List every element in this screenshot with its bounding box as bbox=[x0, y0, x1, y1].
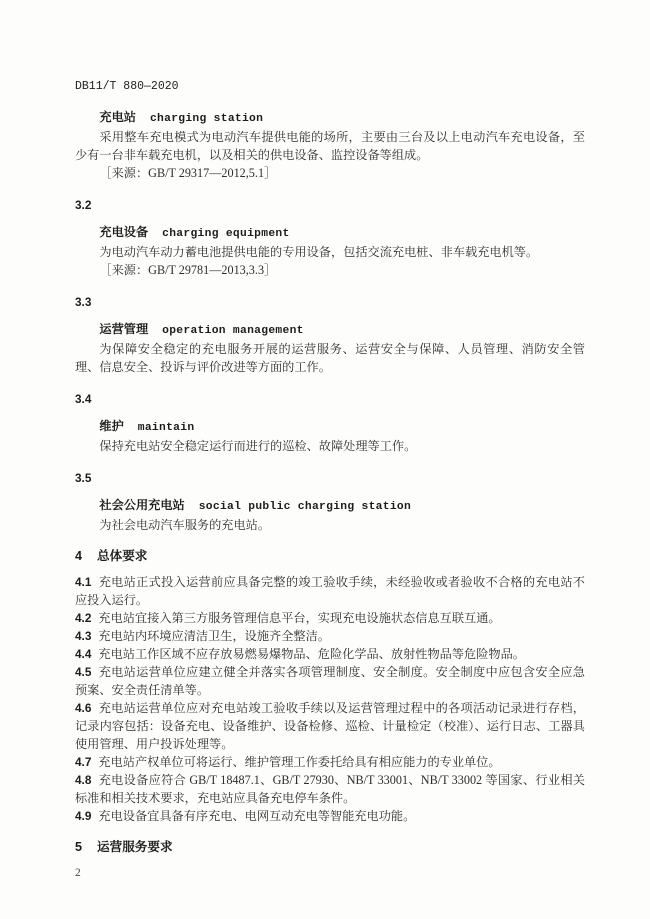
term-definition: 为社会电动汽车服务的充电站。 bbox=[75, 516, 585, 534]
clause-4-9: 4.9充电设备宜具备有序充电、电网互动充电等智能充电功能。 bbox=[75, 807, 585, 825]
section-title: 总体要求 bbox=[97, 549, 147, 563]
term-title-en: operation management bbox=[162, 325, 304, 337]
clause-number: 4.2 bbox=[75, 611, 91, 625]
term-title: 运营管理operation management bbox=[99, 320, 585, 340]
term-block-charging-equipment: 充电设备charging equipment 为电动汽车动力蓄电池提供电能的专用… bbox=[75, 223, 585, 279]
clause-number: 4.4 bbox=[75, 647, 91, 661]
page-number: 2 bbox=[75, 864, 585, 882]
term-source: ［来源：GB/T 29317—2012,5.1］ bbox=[75, 164, 585, 182]
term-title: 维护maintain bbox=[99, 417, 585, 437]
term-source: ［来源：GB/T 29781—2013,3.3］ bbox=[75, 261, 585, 279]
term-block-maintain: 维护maintain 保持充电站安全稳定运行而进行的巡检、故障处理等工作。 bbox=[75, 417, 585, 455]
term-number: 3.5 bbox=[75, 469, 585, 487]
term-title-en: charging station bbox=[150, 113, 263, 125]
term-title-zh: 充电站 bbox=[99, 110, 136, 124]
term-title-zh: 维护 bbox=[99, 419, 123, 433]
clause-number: 4.9 bbox=[75, 809, 91, 823]
document-page: DB11/T 880—2020 充电站charging station 采用整车… bbox=[0, 0, 650, 919]
clause-4-5: 4.5充电站运营单位应建立健全并落实各项管理制度、安全制度。安全制度中应包含安全… bbox=[75, 663, 585, 699]
clause-text: 充电站产权单位可将运行、维护管理工作委托给具有相应能力的专业单位。 bbox=[98, 755, 500, 769]
clause-text: 充电站工作区域不应存放易燃易爆物品、危险化学品、放射性物品等危险物品。 bbox=[98, 647, 525, 661]
clause-4-3: 4.3充电站内环境应清洁卫生，设施齐全整洁。 bbox=[75, 627, 585, 645]
clause-4-1: 4.1充电站正式投入运营前应具备完整的竣工验收手续，未经验收或者验收不合格的充电… bbox=[75, 573, 585, 609]
term-block-social-public-charging-station: 社会公用充电站social public charging station 为社… bbox=[75, 496, 585, 534]
clause-4-4: 4.4充电站工作区域不应存放易燃易爆物品、危险化学品、放射性物品等危险物品。 bbox=[75, 645, 585, 663]
page-content: DB11/T 880—2020 充电站charging station 采用整车… bbox=[0, 0, 650, 882]
clause-text: 充电站内环境应清洁卫生，设施齐全整洁。 bbox=[98, 629, 330, 643]
term-number: 3.3 bbox=[75, 293, 585, 311]
term-title: 充电站charging station bbox=[99, 108, 585, 128]
term-block-charging-station: 充电站charging station 采用整车充电模式为电动汽车提供电能的场所… bbox=[75, 108, 585, 182]
term-title-zh: 社会公用充电站 bbox=[99, 498, 184, 512]
clause-number: 4.6 bbox=[75, 701, 91, 715]
document-header: DB11/T 880—2020 bbox=[75, 80, 585, 94]
term-number: 3.4 bbox=[75, 390, 585, 408]
term-definition: 为保障安全稳定的充电服务开展的运营服务、运营安全与保障、人员管理、消防安全管理、… bbox=[75, 340, 585, 376]
term-number: 3.2 bbox=[75, 196, 585, 214]
term-title: 充电设备charging equipment bbox=[99, 223, 585, 243]
term-definition: 保持充电站安全稳定运行而进行的巡检、故障处理等工作。 bbox=[75, 437, 585, 455]
term-title-en: charging equipment bbox=[162, 228, 289, 240]
section-number: 5 bbox=[75, 838, 97, 856]
section-number: 4 bbox=[75, 547, 97, 565]
clause-4-2: 4.2充电站宜接入第三方服务管理信息平台，实现充电设施状态信息互联互通。 bbox=[75, 609, 585, 627]
term-definition: 为电动汽车动力蓄电池提供电能的专用设备，包括交流充电桩、非车载充电机等。 bbox=[75, 243, 585, 261]
term-title: 社会公用充电站social public charging station bbox=[99, 496, 585, 516]
clause-4-6: 4.6充电站运营单位应对充电站竣工验收手续以及运营管理过程中的各项活动记录进行存… bbox=[75, 699, 585, 753]
term-definition: 采用整车充电模式为电动汽车提供电能的场所，主要由三台及以上电动汽车充电设备，至少… bbox=[75, 128, 585, 164]
clause-number: 4.7 bbox=[75, 755, 91, 769]
section-heading-5: 5运营服务要求 bbox=[75, 838, 585, 856]
clause-4-8: 4.8充电设备应符合 GB/T 18487.1、GB/T 27930、NB/T … bbox=[75, 771, 585, 807]
clause-number: 4.5 bbox=[75, 665, 91, 679]
term-title-zh: 运营管理 bbox=[99, 322, 148, 336]
clause-number: 4.3 bbox=[75, 629, 91, 643]
clause-text: 充电站运营单位应建立健全并落实各项管理制度、安全制度。安全制度中应包含安全应急预… bbox=[75, 665, 585, 697]
clause-text: 充电站运营单位应对充电站竣工验收手续以及运营管理过程中的各项活动记录进行存档，记… bbox=[75, 701, 585, 751]
term-title-zh: 充电设备 bbox=[99, 225, 148, 239]
clause-number: 4.1 bbox=[75, 575, 91, 589]
clause-text: 充电设备宜具备有序充电、电网互动充电等智能充电功能。 bbox=[98, 809, 415, 823]
clause-text: 充电站宜接入第三方服务管理信息平台，实现充电设施状态信息互联互通。 bbox=[98, 611, 500, 625]
section-heading-4: 4总体要求 bbox=[75, 547, 585, 565]
term-block-operation-management: 运营管理operation management 为保障安全稳定的充电服务开展的… bbox=[75, 320, 585, 376]
section-title: 运营服务要求 bbox=[97, 840, 173, 854]
clause-text: 充电站正式投入运营前应具备完整的竣工验收手续，未经验收或者验收不合格的充电站不应… bbox=[75, 575, 585, 607]
term-title-en: maintain bbox=[138, 422, 195, 434]
clause-text: 充电设备应符合 GB/T 18487.1、GB/T 27930、NB/T 330… bbox=[75, 773, 585, 805]
clause-4-7: 4.7充电站产权单位可将运行、维护管理工作委托给具有相应能力的专业单位。 bbox=[75, 753, 585, 771]
clause-number: 4.8 bbox=[75, 773, 91, 787]
term-title-en: social public charging station bbox=[199, 501, 411, 513]
